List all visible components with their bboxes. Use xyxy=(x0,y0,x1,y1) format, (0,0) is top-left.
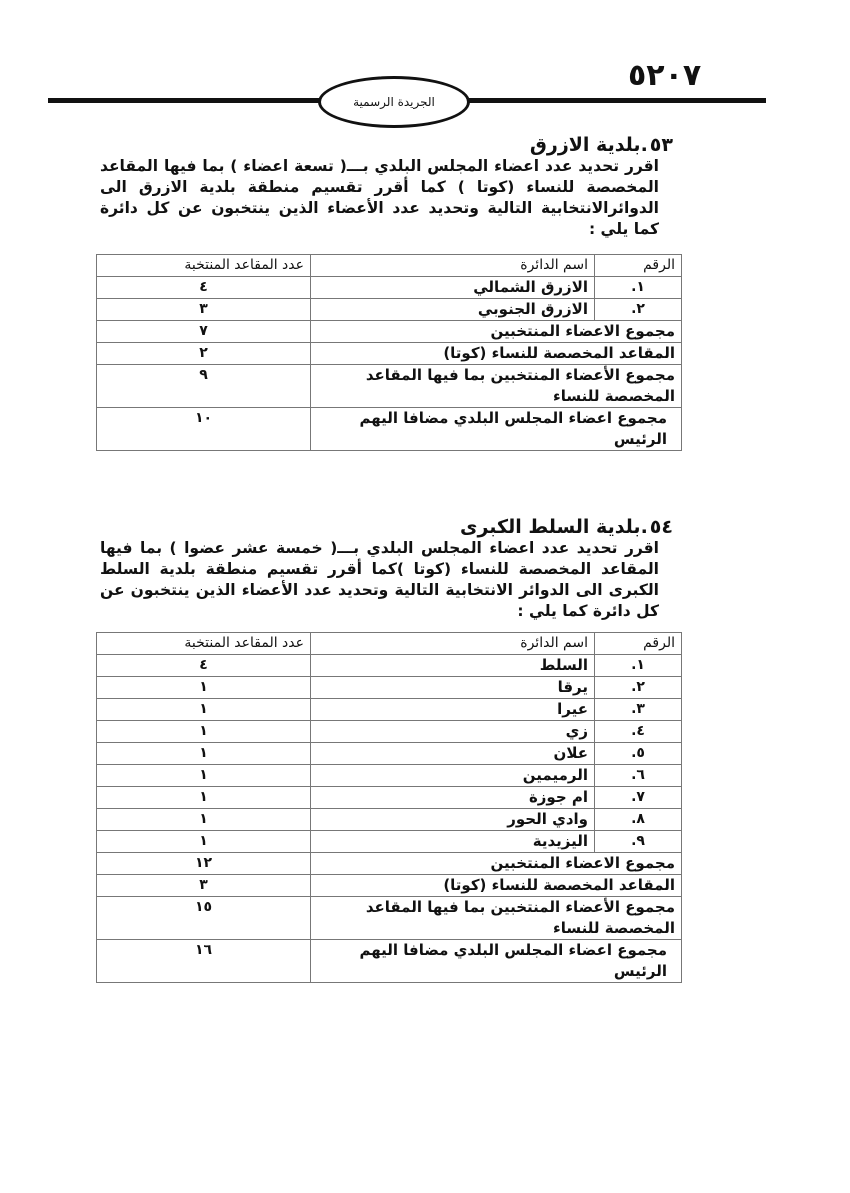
row-index: ٣. xyxy=(595,699,682,721)
row-seats: ٤ xyxy=(97,277,311,299)
total-row: مجموع الأعضاء المنتخبين بما فيها المقاعد… xyxy=(97,897,682,940)
total-value: ٩ xyxy=(97,365,311,408)
section-heading: بلدية الازرق xyxy=(530,134,641,156)
row-index: ٢. xyxy=(595,677,682,699)
row-index: ١. xyxy=(595,655,682,677)
row-seats: ١ xyxy=(97,699,311,721)
row-district: الرميمين xyxy=(311,765,595,787)
header-index: الرقم xyxy=(595,633,682,655)
row-seats: ١ xyxy=(97,677,311,699)
row-seats: ١ xyxy=(97,721,311,743)
section-number: ٥٤ xyxy=(650,516,673,538)
row-seats: ١ xyxy=(97,765,311,787)
row-seats: ١ xyxy=(97,831,311,853)
districts-table-salt: الرقم اسم الدائرة عدد المقاعد المنتخبة ١… xyxy=(96,632,682,983)
table-row: ٦. الرميمين ١ xyxy=(97,765,682,787)
row-district: زي xyxy=(311,721,595,743)
table-row: ٢. يرقا ١ xyxy=(97,677,682,699)
row-district: يرقا xyxy=(311,677,595,699)
total-label: مجموع اعضاء المجلس البلدي مضافا اليهم ال… xyxy=(311,940,682,983)
row-seats: ١ xyxy=(97,809,311,831)
row-district: السلط xyxy=(311,655,595,677)
row-index: ١. xyxy=(595,277,682,299)
row-district: الازرق الجنوبي xyxy=(311,299,595,321)
row-district: ام جوزة xyxy=(311,787,595,809)
header-district: اسم الدائرة xyxy=(311,633,595,655)
table-row: ٨. وادي الحور ١ xyxy=(97,809,682,831)
total-value: ١٦ xyxy=(97,940,311,983)
row-index: ٢. xyxy=(595,299,682,321)
total-label: المقاعد المخصصة للنساء (كوتا) xyxy=(311,343,682,365)
row-district: وادي الحور xyxy=(311,809,595,831)
row-index: ٨. xyxy=(595,809,682,831)
page-number: ٥٢٠٧ xyxy=(628,58,708,93)
header-index: الرقم xyxy=(595,255,682,277)
row-index: ٤. xyxy=(595,721,682,743)
row-index: ٧. xyxy=(595,787,682,809)
row-seats: ١ xyxy=(97,743,311,765)
section-title: ٥٤.بلدية السلط الكبرى xyxy=(96,516,681,538)
table-row: ٥. علان ١ xyxy=(97,743,682,765)
total-label: مجموع اعضاء المجلس البلدي مضافا اليهم ال… xyxy=(311,408,682,451)
total-row: مجموع الاعضاء المنتخبين ١٢ xyxy=(97,853,682,875)
table-row: ٣. عيرا ١ xyxy=(97,699,682,721)
table-row: ١. السلط ٤ xyxy=(97,655,682,677)
districts-table-azraq: الرقم اسم الدائرة عدد المقاعد المنتخبة ١… xyxy=(96,254,682,451)
total-value: ١٥ xyxy=(97,897,311,940)
section-heading: بلدية السلط الكبرى xyxy=(460,516,641,538)
row-index: ٩. xyxy=(595,831,682,853)
gazette-title-badge: الجريدة الرسمية xyxy=(318,76,470,128)
row-seats: ٣ xyxy=(97,299,311,321)
row-seats: ٤ xyxy=(97,655,311,677)
total-value: ٧ xyxy=(97,321,311,343)
table-row: ٢. الازرق الجنوبي ٣ xyxy=(97,299,682,321)
total-row: مجموع اعضاء المجلس البلدي مضافا اليهم ال… xyxy=(97,408,682,451)
section-paragraph: اقرر تحديد عدد اعضاء المجلس البلدي بـــ(… xyxy=(96,156,681,240)
total-label: المقاعد المخصصة للنساء (كوتا) xyxy=(311,875,682,897)
section-number: ٥٣ xyxy=(650,134,673,156)
total-row: مجموع الاعضاء المنتخبين ٧ xyxy=(97,321,682,343)
section-azraq: ٥٣.بلدية الازرق اقرر تحديد عدد اعضاء الم… xyxy=(96,134,681,240)
total-value: ٣ xyxy=(97,875,311,897)
table-row: ١. الازرق الشمالي ٤ xyxy=(97,277,682,299)
total-row: مجموع اعضاء المجلس البلدي مضافا اليهم ال… xyxy=(97,940,682,983)
row-seats: ١ xyxy=(97,787,311,809)
total-row: المقاعد المخصصة للنساء (كوتا) ٣ xyxy=(97,875,682,897)
row-district: علان xyxy=(311,743,595,765)
table-header-row: الرقم اسم الدائرة عدد المقاعد المنتخبة xyxy=(97,255,682,277)
total-row: المقاعد المخصصة للنساء (كوتا) ٢ xyxy=(97,343,682,365)
section-title: ٥٣.بلدية الازرق xyxy=(96,134,681,156)
table-row: ٤. زي ١ xyxy=(97,721,682,743)
total-value: ١٢ xyxy=(97,853,311,875)
row-index: ٥. xyxy=(595,743,682,765)
total-value: ١٠ xyxy=(97,408,311,451)
section-paragraph: اقرر تحديد عدد اعضاء المجلس البلدي بـــ(… xyxy=(96,538,681,622)
row-index: ٦. xyxy=(595,765,682,787)
total-label: مجموع الاعضاء المنتخبين xyxy=(311,853,682,875)
row-district: الازرق الشمالي xyxy=(311,277,595,299)
total-label: مجموع الأعضاء المنتخبين بما فيها المقاعد… xyxy=(311,897,682,940)
gazette-title: الجريدة الرسمية xyxy=(353,95,435,109)
header-seats: عدد المقاعد المنتخبة xyxy=(97,633,311,655)
table-header-row: الرقم اسم الدائرة عدد المقاعد المنتخبة xyxy=(97,633,682,655)
header-district: اسم الدائرة xyxy=(311,255,595,277)
row-district: عيرا xyxy=(311,699,595,721)
total-label: مجموع الاعضاء المنتخبين xyxy=(311,321,682,343)
header-seats: عدد المقاعد المنتخبة xyxy=(97,255,311,277)
row-district: اليزيدية xyxy=(311,831,595,853)
total-label: مجموع الأعضاء المنتخبين بما فيها المقاعد… xyxy=(311,365,682,408)
table-row: ٧. ام جوزة ١ xyxy=(97,787,682,809)
total-row: مجموع الأعضاء المنتخبين بما فيها المقاعد… xyxy=(97,365,682,408)
table-row: ٩. اليزيدية ١ xyxy=(97,831,682,853)
section-salt: ٥٤.بلدية السلط الكبرى اقرر تحديد عدد اعض… xyxy=(96,516,681,622)
total-value: ٢ xyxy=(97,343,311,365)
